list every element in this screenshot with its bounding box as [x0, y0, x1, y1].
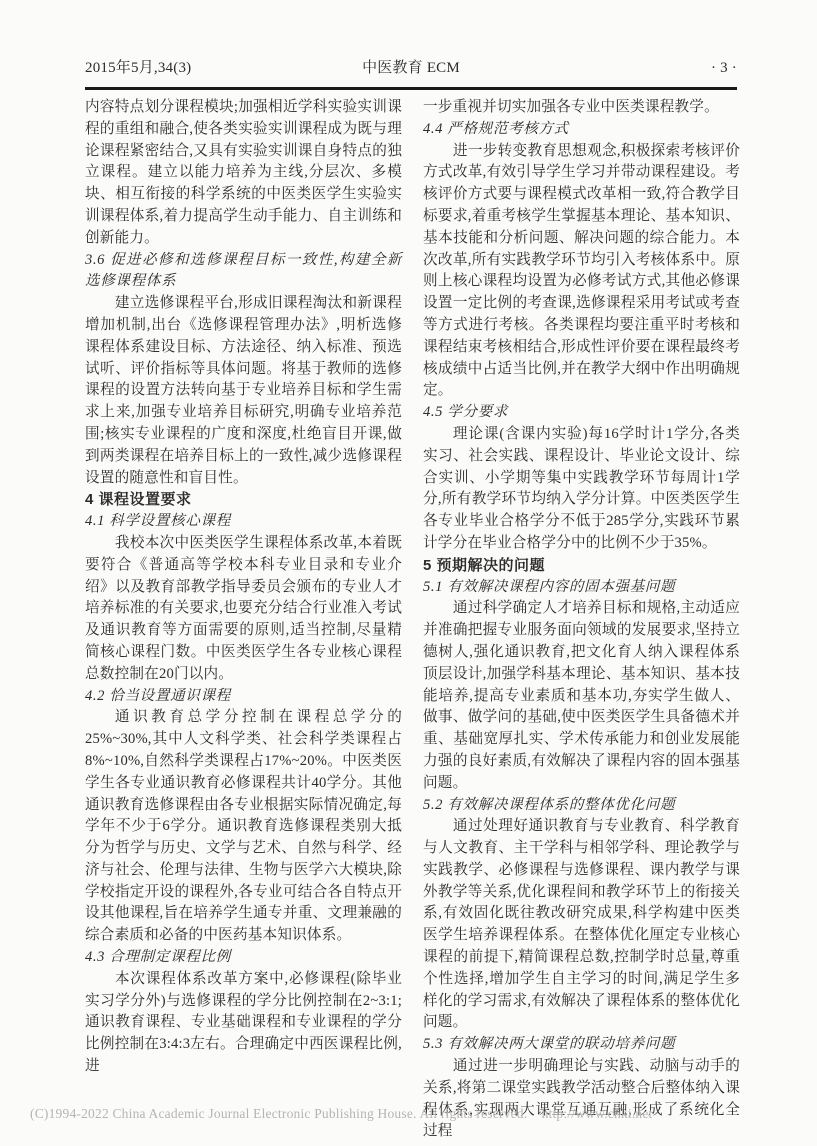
subsection-heading: 5.1 有效解决课程内容的固本强基问题: [423, 577, 740, 599]
paragraph: 建立选修课程平台,形成旧课程淘汰和新课程增加机制,出台《选修课程管理办法》,明析…: [85, 293, 402, 489]
header-page-number: · 3 ·: [520, 60, 737, 77]
header-journal-title: 中医教育 ECM: [302, 56, 519, 77]
article-body: 内容特点划分课程模块;加强相近学科实验实训课程的重组和融合,使各类实验实训课程成…: [85, 97, 740, 1143]
paragraph: 理论课(含课内实验)每16学时计1学分,各类实习、社会实践、课程设计、毕业论文设…: [423, 424, 740, 555]
subsection-heading: 5.2 有效解决课程体系的整体优化问题: [423, 795, 740, 817]
subsection-heading: 5.3 有效解决两大课堂的联动培养问题: [423, 1034, 740, 1056]
subsection-heading: 4.3 合理制定课程比例: [85, 947, 402, 969]
right-column: 一步重视并切实加强各专业中医类课程教学。4.4 严格规范考核方式进一步转变教育思…: [423, 97, 740, 1143]
paragraph: 通过进一步明确理论与实践、动脑与动手的关系,将第二课堂实践教学活动整合后整体纳入…: [423, 1056, 740, 1143]
footer-copyright: (C)1994-2022 China Academic Journal Elec…: [30, 1106, 787, 1122]
paragraph: 本次课程体系改革方案中,必修课程(除毕业实习学分外)与选修课程的学分比例控制在2…: [85, 969, 402, 1078]
paragraph: 进一步转变教育思想观念,积极探索考核评价方式改革,有效引导学生学习并带动课程建设…: [423, 141, 740, 403]
subsection-heading: 4.5 学分要求: [423, 402, 740, 424]
section-heading: 4 课程设置要求: [85, 489, 402, 511]
paragraph: 我校本次中医类医学生课程体系改革,本着既要符合《普通高等学校本科专业目录和专业介…: [85, 533, 402, 686]
subsection-heading: 4.4 严格规范考核方式: [423, 119, 740, 141]
paragraph: 通过处理好通识教育与专业教育、科学教育与人文教育、主干学科与相邻学科、理论教学与…: [423, 816, 740, 1034]
header-issue-date: 2015年5月,34(3): [85, 56, 302, 77]
page-header: 2015年5月,34(3) 中医教育 ECM · 3 ·: [85, 56, 737, 77]
paragraph: 通识教育总学分控制在课程总学分的25%~30%,其中人文科学类、社会科学类课程占…: [85, 707, 402, 947]
left-column: 内容特点划分课程模块;加强相近学科实验实训课程的重组和融合,使各类实验实训课程成…: [85, 97, 402, 1143]
paragraph-continuation: 内容特点划分课程模块;加强相近学科实验实训课程的重组和融合,使各类实验实训课程成…: [85, 97, 402, 250]
subsection-heading: 4.1 科学设置核心课程: [85, 511, 402, 533]
subsection-heading: 3.6 促进必修和选修课程目标一致性,构建全新选修课程体系: [85, 250, 402, 294]
paragraph-continuation: 一步重视并切实加强各专业中医类课程教学。: [423, 97, 740, 119]
section-heading: 5 预期解决的问题: [423, 555, 740, 577]
journal-page: 2015年5月,34(3) 中医教育 ECM · 3 · 内容特点划分课程模块;…: [0, 0, 817, 1146]
paragraph: 通过科学确定人才培养目标和规格,主动适应并准确把握专业服务面向领域的发展要求,坚…: [423, 598, 740, 794]
subsection-heading: 4.2 恰当设置通识课程: [85, 686, 402, 708]
header-rule: [85, 87, 737, 90]
